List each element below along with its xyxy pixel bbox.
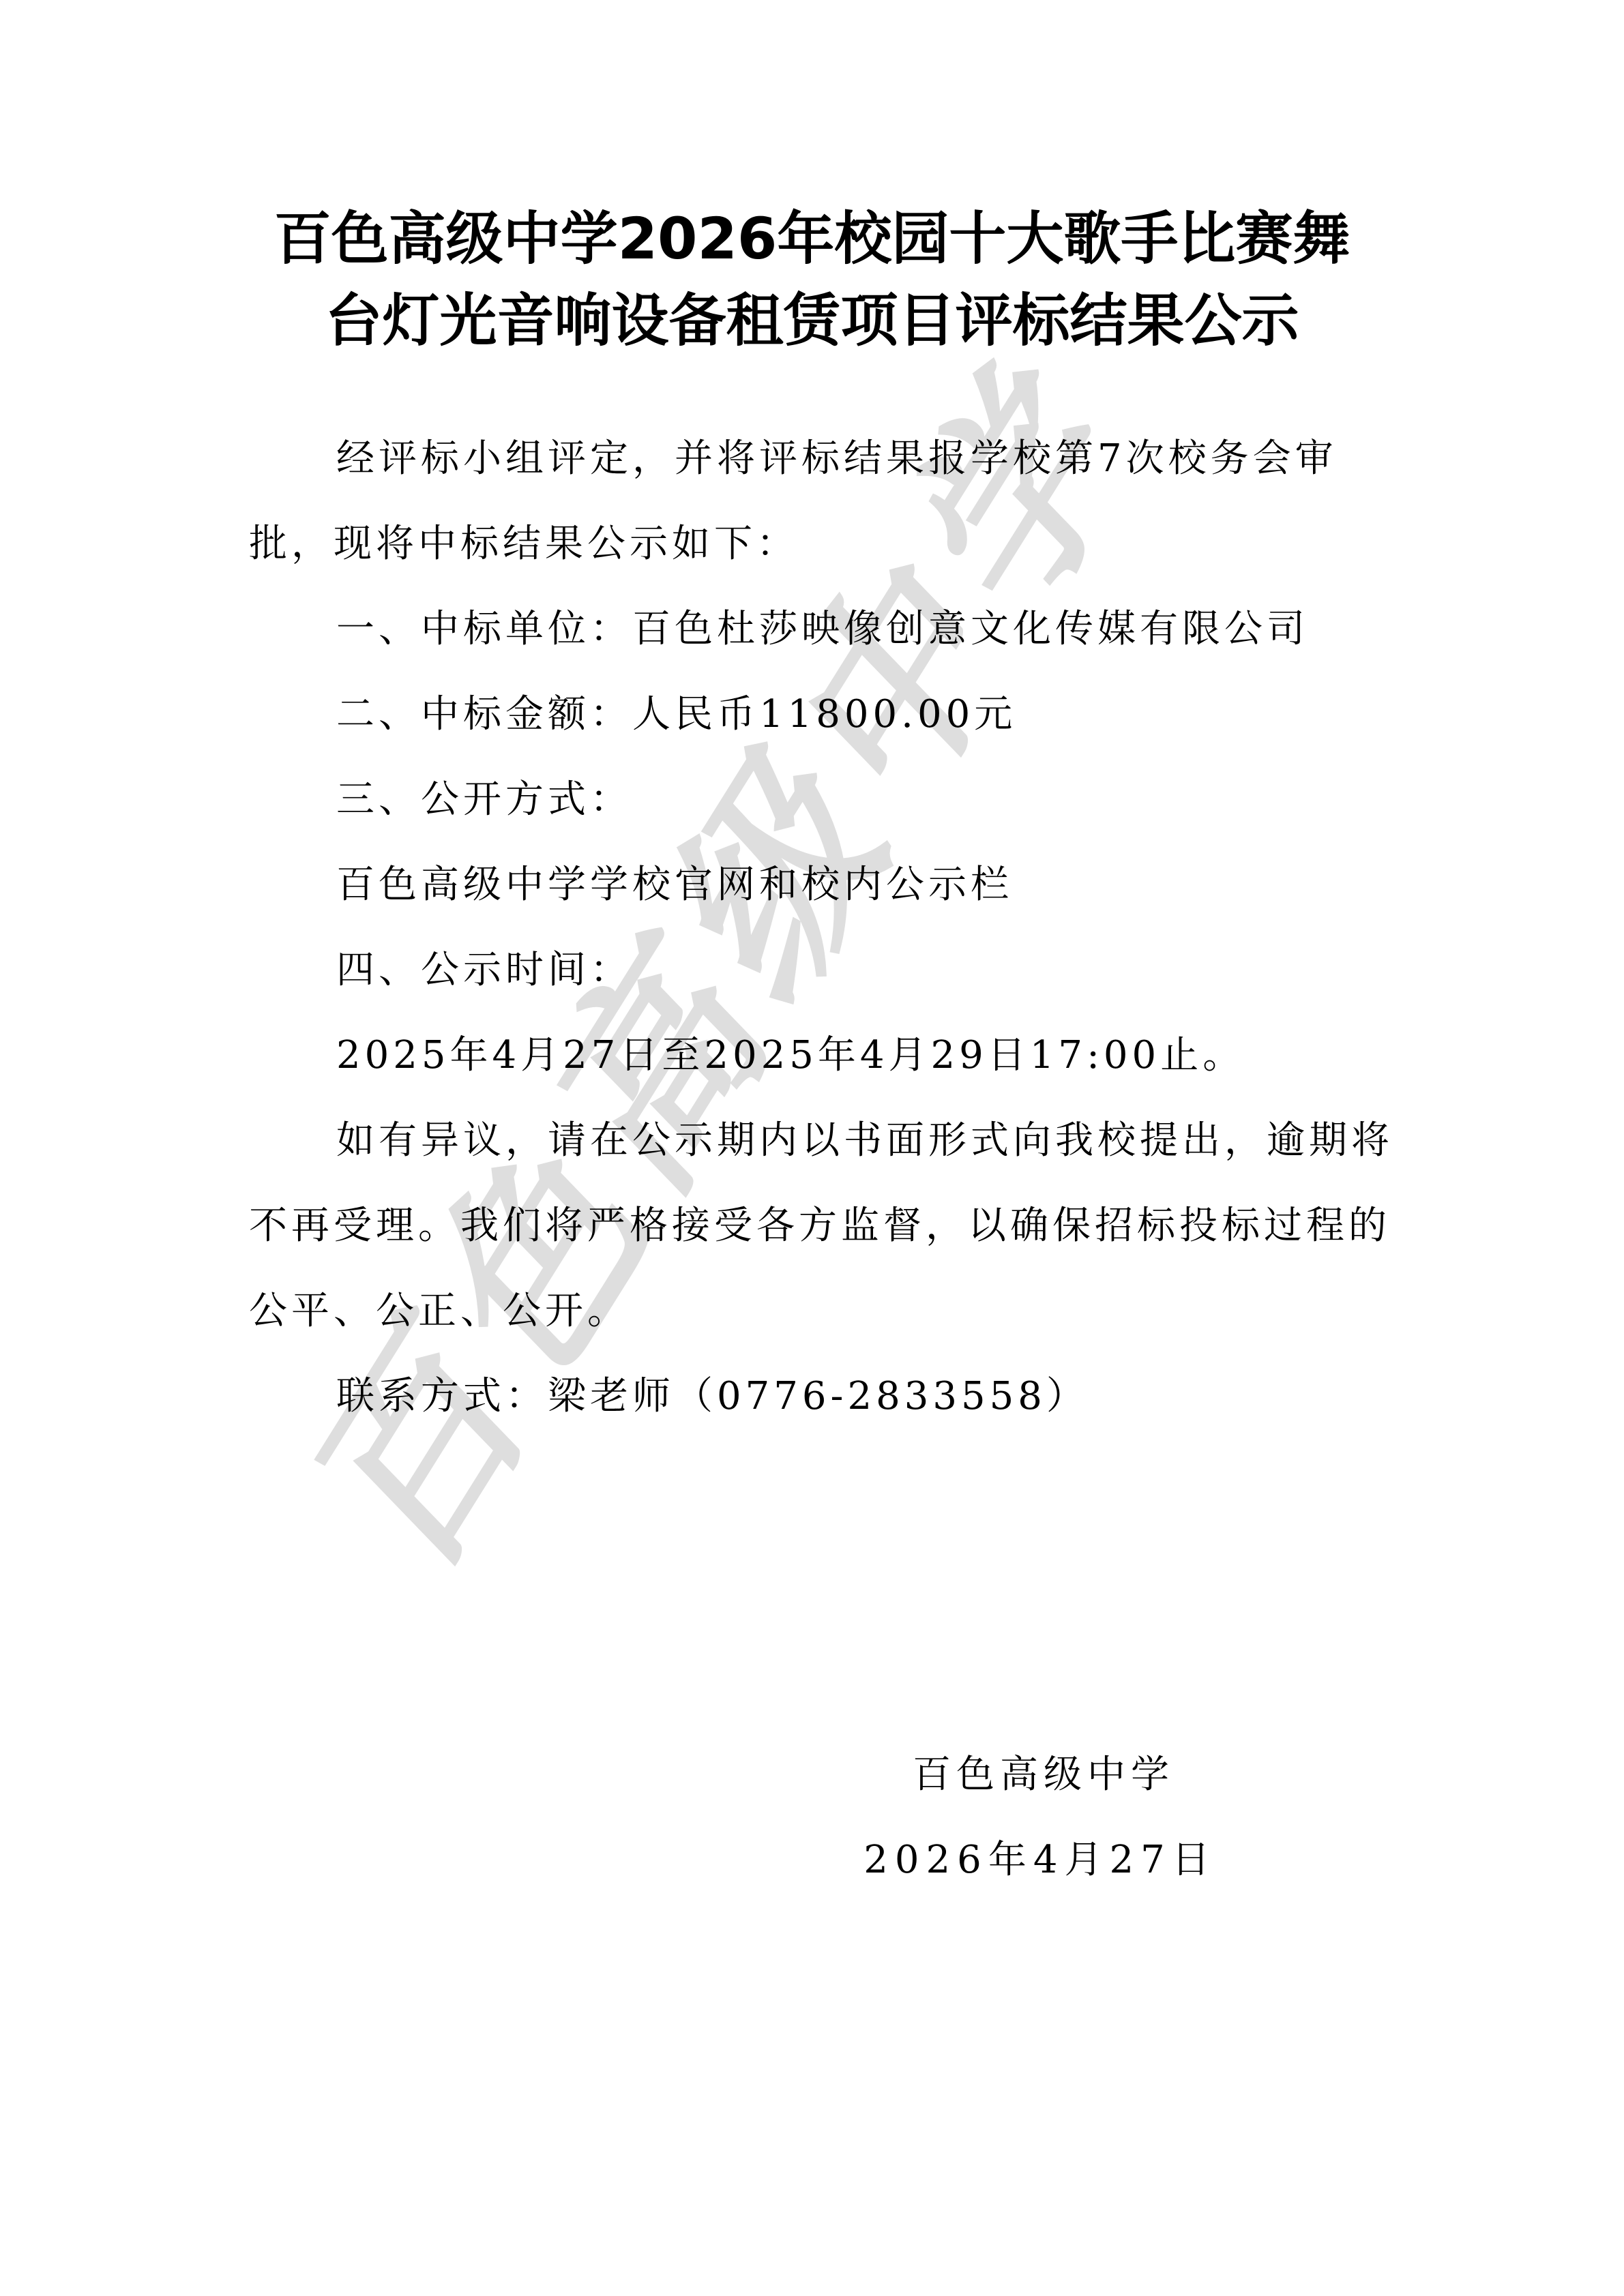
objection-paragraph: 如有异议，请在公示期内以书面形式向我校提出，逾期将不再受理。我们将严格接受各方监… [249, 1098, 1395, 1354]
contact-line: 联系方式：梁老师（0776-2833558） [249, 1354, 1395, 1439]
signature-block: 百色高级中学 2026年4月27日 [818, 1732, 1262, 1903]
item-value: 2025年4月27日至2025年4月29日17:00止。 [336, 1033, 1245, 1077]
item-publication-period: 四、公示时间： [249, 927, 1395, 1013]
document-body: 经评标小组评定，并将评标结果报学校第7次校务会审批，现将中标结果公示如下： 一、… [249, 416, 1395, 1439]
item-value: 百色杜莎映像创意文化传媒有限公司 [632, 607, 1309, 651]
title-line-2: 台灯光音响设备租赁项目评标结果公示 [0, 280, 1624, 361]
item-publication-method: 三、公开方式： [249, 757, 1395, 842]
item-publication-period-detail: 2025年4月27日至2025年4月29日17:00止。 [249, 1013, 1395, 1098]
document-page: 百色高级中学 百色高级中学2026年校园十大歌手比赛舞 台灯光音响设备租赁项目评… [0, 0, 1624, 2296]
item-publication-method-detail: 百色高级中学学校官网和校内公示栏 [249, 842, 1395, 927]
item-label: 四、公示时间： [336, 948, 632, 992]
item-value: 人民币11800.00元 [632, 692, 1016, 736]
item-label: 一、中标单位： [336, 607, 632, 651]
title-line-1: 百色高级中学2026年校园十大歌手比赛舞 [0, 198, 1624, 280]
item-label: 二、中标金额： [336, 692, 632, 736]
signature-organization: 百色高级中学 [818, 1732, 1262, 1817]
signature-date: 2026年4月27日 [818, 1817, 1262, 1903]
contact-value: 梁老师（0776-2833558） [548, 1374, 1089, 1418]
intro-paragraph: 经评标小组评定，并将评标结果报学校第7次校务会审批，现将中标结果公示如下： [249, 416, 1395, 586]
contact-label: 联系方式： [336, 1374, 548, 1418]
item-bid-amount: 二、中标金额：人民币11800.00元 [249, 672, 1395, 757]
item-value: 百色高级中学学校官网和校内公示栏 [336, 863, 1013, 907]
document-title: 百色高级中学2026年校园十大歌手比赛舞 台灯光音响设备租赁项目评标结果公示 [0, 198, 1624, 361]
item-label: 三、公开方式： [336, 777, 632, 822]
item-winning-bidder: 一、中标单位：百色杜莎映像创意文化传媒有限公司 [249, 586, 1395, 672]
